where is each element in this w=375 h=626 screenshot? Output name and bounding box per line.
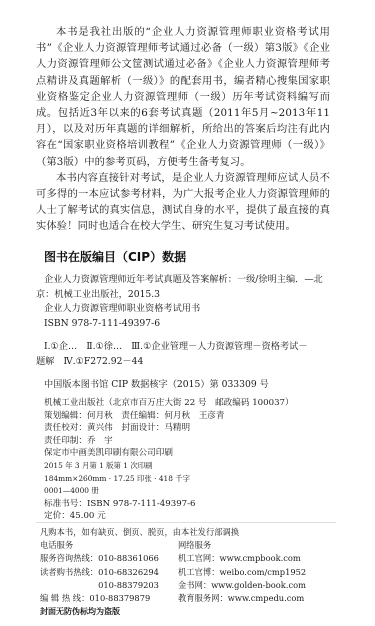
service-row: 服务咨询热线：010-88361066 机工官网：www.cmpbook.com (40, 552, 340, 565)
publication-info: 机械工业出版社（北京市百万庄大街 22 号 邮政编码 100037） 策划编辑：… (44, 397, 344, 523)
cip-line-2: 京：机械工业出版社，2015.3 (36, 288, 336, 303)
service-row: 读者购书热线：010-68326294 机工官博：weibo.com/cmp19… (40, 566, 340, 579)
cip-line-1: 企业人力资源管理师近年考试真题及答案解析：一级/徐明主编．—北 (36, 273, 336, 288)
divider (36, 522, 336, 523)
phone-line: 010-88379203 (40, 579, 178, 592)
cip-record-number: 中国版本图书馆 CIP 数据核字（2015）第 033309 号 (36, 378, 336, 393)
intro-paragraph-1: 本书是我社出版的“企业人力资源管理师职业资格考试用书”《企业人力资源管理师考试通… (36, 24, 330, 170)
web-service-header: 网络服务 (178, 539, 340, 552)
service-row: 010-88379203 金书网：www.golden-book.com (40, 579, 340, 592)
cip-isbn: ISBN 978-7-111-49397-6 (36, 317, 336, 332)
intro-section: 本书是我社出版的“企业人力资源管理师职业资格考试用书”《企业人力资源管理师考试通… (36, 24, 330, 235)
service-row: 编 辑 热 线：010-88379879 教育服务网：www.cmpedu.co… (40, 592, 340, 605)
proofreader: 责任校对：黄兴伟 封面设计：马精明 (44, 422, 344, 435)
service-notice: 凡购本书，如有缺页、倒页、脱页，由本社发行部调换 (40, 526, 340, 539)
web-line: 机工官网：www.cmpbook.com (178, 552, 340, 565)
printer: 保定市中画美凯印刷有限公司印刷 (44, 447, 344, 460)
phone-line: 读者购书热线：010-68326294 (40, 566, 178, 579)
cip-record: 中国版本图书馆 CIP 数据核字（2015）第 033309 号 (36, 378, 336, 393)
cip-class-line-2: 题解 Ⅳ.①F272.92－44 (36, 355, 336, 370)
anti-piracy-notice: 封面无防伪标均为盗版 (40, 605, 340, 618)
phone-service-header: 电话服务 (40, 539, 178, 552)
web-line: 机工官博：weibo.com/cmp1952 (178, 566, 340, 579)
isbn: 标准书号：ISBN 978-7-111-49397-6 (44, 498, 344, 511)
cip-line-3: 企业人力资源管理师职业资格考试用书 (36, 302, 336, 317)
copyright-page: 本书是我社出版的“企业人力资源管理师职业资格考试用书”《企业人力资源管理师考试通… (0, 0, 375, 626)
copies: 0001—4000 册 (44, 485, 344, 498)
format: 184mm×260mm · 17.25 印张 · 418 千字 (44, 473, 344, 486)
web-line: 金书网：www.golden-book.com (178, 579, 340, 592)
print-manager: 责任印制：乔 宇 (44, 435, 344, 448)
service-info: 凡购本书，如有缺页、倒页、脱页，由本社发行部调换 电话服务 网络服务 服务咨询热… (40, 526, 340, 618)
cip-classification: Ⅰ.①企… Ⅱ.①徐… Ⅲ.①企业管理－人力资源管理－资格考试－ 题解 Ⅳ.①F… (36, 340, 336, 369)
cip-title: 图书在版编目（CIP）数据 (44, 248, 186, 265)
phone-line: 服务咨询热线：010-88361066 (40, 552, 178, 565)
planning-editor: 策划编辑：何月秋 责任编辑：何月秋 王彦青 (44, 410, 344, 423)
phone-line: 编 辑 热 线：010-88379879 (40, 592, 178, 605)
publisher: 机械工业出版社（北京市百万庄大街 22 号 邮政编码 100037） (44, 397, 344, 410)
edition: 2015 年 3 月第 1 版第 1 次印刷 (44, 460, 344, 473)
cip-class-line-1: Ⅰ.①企… Ⅱ.①徐… Ⅲ.①企业管理－人力资源管理－资格考试－ (36, 340, 336, 355)
web-line: 教育服务网：www.cmpedu.com (178, 592, 340, 605)
cip-block: 企业人力资源管理师近年考试真题及答案解析：一级/徐明主编．—北 京：机械工业出版… (36, 273, 336, 331)
intro-paragraph-2: 本书内容直接针对考试，是企业人力资源管理师应试人员不可多得的一本应试参考材料，为… (36, 170, 330, 235)
service-header-row: 电话服务 网络服务 (40, 539, 340, 552)
